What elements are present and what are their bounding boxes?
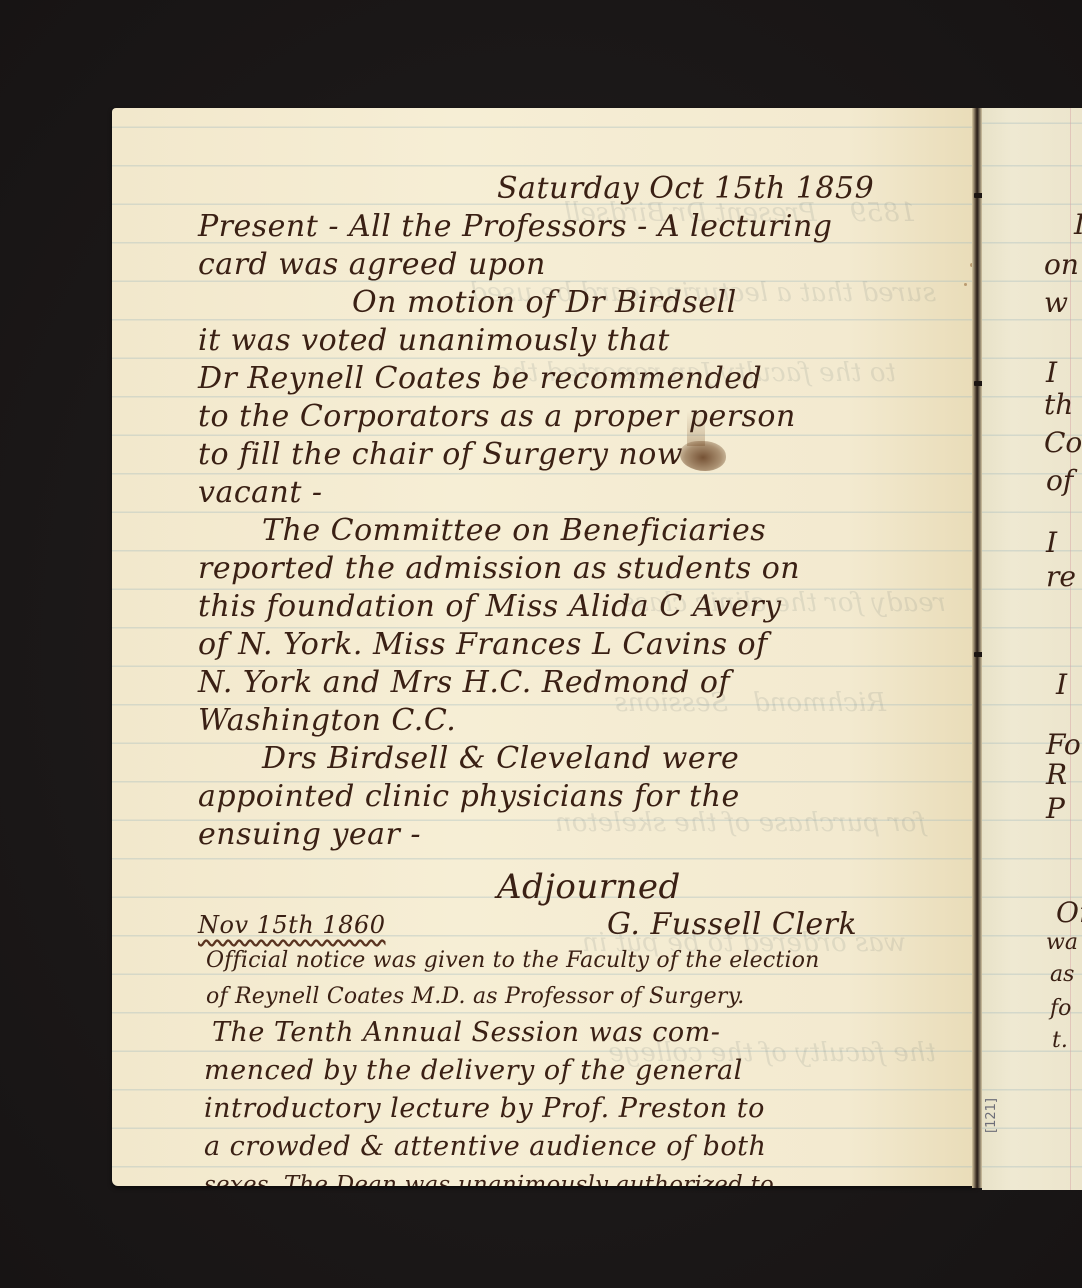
entry-2-line: Official notice was given to the Faculty… [206,942,820,980]
entry-1-date-heading: Saturday Oct 15th 1859 [497,170,874,208]
entry-1-line: The Committee on Beneficiaries [262,512,766,550]
entry-1-line: Washington C.C. [198,702,456,740]
right-page-fragment: I [1046,526,1057,559]
entry-1-signature: G. Fussell Clerk [607,906,857,944]
right-page: I on w I th Co of I re I Fo R P On wa as… [982,108,1082,1190]
page-number: [121] [984,1098,999,1133]
entry-1-line: On motion of Dr Birdsell [352,284,737,322]
ink-stain [680,441,726,471]
entry-1-line: ensuing year - [198,816,421,854]
entry-1-line: card was agreed upon [198,246,546,284]
right-page-fragment: Fo [1046,728,1081,761]
right-page-fragment: wa [1046,930,1078,955]
foxing-spot [964,283,967,286]
right-page-fragment: re [1046,560,1076,593]
right-page-fragment: On [1056,896,1082,929]
entry-2-line: introductory lecture by Prof. Preston to [204,1090,765,1128]
left-page: 1859 Present Dr Birdsell sured that a le… [112,108,976,1186]
right-page-fragment: I [1046,356,1057,389]
manuscript-scan: 1859 Present Dr Birdsell sured that a le… [0,0,1082,1288]
entry-2-line: of Reynell Coates M.D. as Professor of S… [206,978,744,1016]
right-page-fragment: th [1044,388,1073,421]
right-page-fragment: I [1056,668,1067,701]
entry-2-line: sexes. The Dean was unanimously authoriz… [204,1166,774,1186]
right-page-fragment: on [1044,248,1079,281]
entry-2-date-heading: Nov 15th 1860 [198,906,385,944]
right-page-fragment: I [1074,208,1082,241]
entry-1-line: Drs Birdsell & Cleveland were [262,740,739,778]
entry-2-line: menced by the delivery of the general [204,1052,743,1090]
entry-1-line: it was voted unanimously that [198,322,670,360]
right-page-fragment: Co [1044,426,1082,459]
right-page-fragment: t. [1052,1028,1068,1053]
entry-1-line: to the Corporators as a proper person [198,398,796,436]
entry-1-line: Present - All the Professors - A lecturi… [198,208,833,246]
right-page-fragment: R [1046,758,1067,791]
entry-1-line: vacant - [198,474,323,512]
entry-2-line: a crowded & attentive audience of both [204,1128,766,1166]
entry-1-line: this foundation of Miss Alida C Avery [198,588,782,626]
right-page-fragment: as [1050,962,1074,987]
entry-1-line: appointed clinic physicians for the [198,778,740,816]
right-page-fragment: of [1046,464,1073,497]
entry-1-line: to fill the chair of Surgery now [198,436,683,474]
entry-2-line: The Tenth Annual Session was com- [212,1014,720,1052]
entry-1-line: of N. York. Miss Frances L Cavins of [198,626,768,664]
entry-1-line: N. York and Mrs H.C. Redmond of [198,664,730,702]
entry-1-closing: Adjourned [497,868,681,906]
book-gutter [972,108,982,1188]
right-page-fragment: w [1044,286,1068,319]
entry-1-line: Dr Reynell Coates be recommended [198,360,762,398]
entry-1-line: reported the admission as students on [198,550,800,588]
right-page-fragment: fo [1050,996,1071,1021]
right-page-fragment: P [1046,792,1065,825]
